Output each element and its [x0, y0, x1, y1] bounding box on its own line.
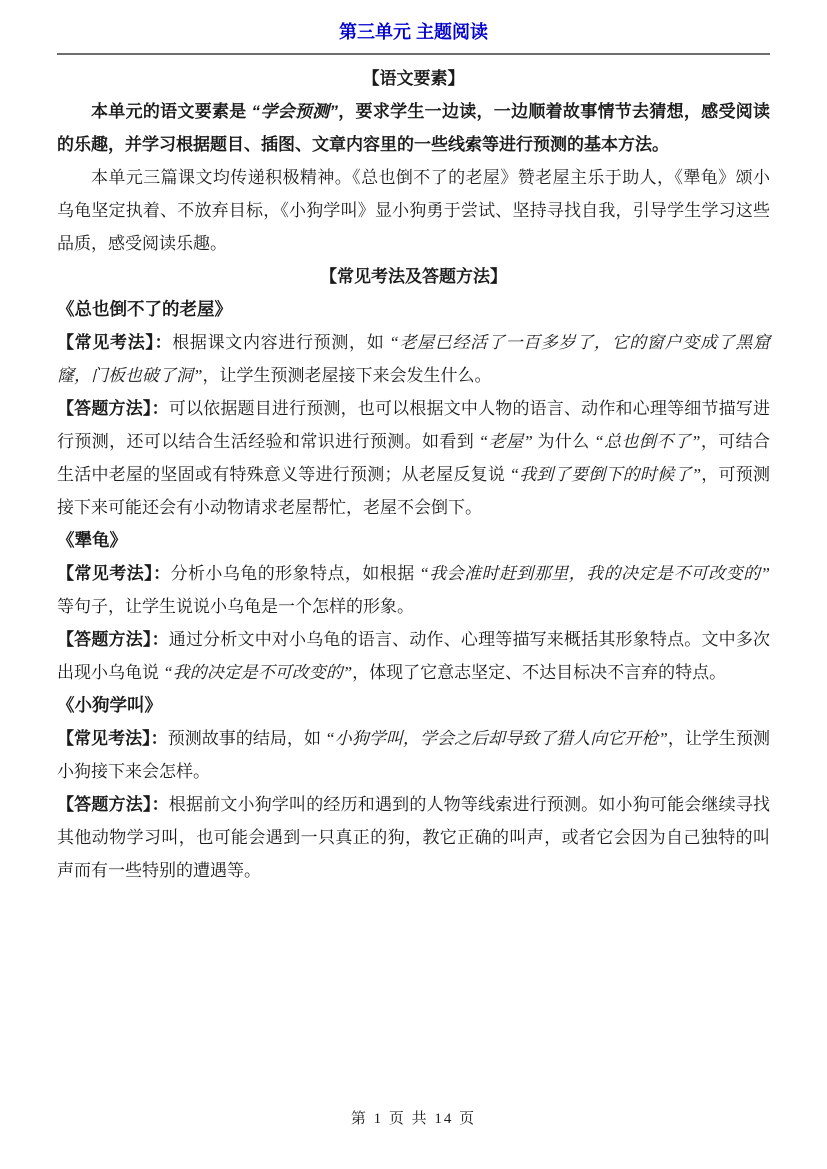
book-title-laowu: 《总也倒不了的老屋》: [57, 293, 770, 326]
dati-quote: “我到了要倒下的时候了”: [510, 465, 701, 484]
kaofa-label: 【常见考法】：: [57, 729, 168, 748]
dati-paragraph-jianggui: 【答题方法】：通过分析文中对小乌龟的语言、动作、心理等描写来概括其形象特点。文中…: [57, 623, 770, 689]
kaofa-seg: 根据课文内容进行预测，如: [172, 333, 389, 352]
kaofa-seg: ，让学生预测老屋接下来会发生什么。: [202, 366, 491, 385]
dati-paragraph-xiaogou: 【答题方法】：根据前文小狗学叫的经历和遇到的人物等线索进行预测。如小狗可能会继续…: [57, 788, 770, 887]
intro-paragraph-bold: 本单元的语文要素是 “学会预测”，要求学生一边读，一边顺着故事情节去猜想，感受阅…: [57, 95, 770, 161]
kaofa-seg: 预测故事的结局，如: [168, 729, 326, 748]
kaofa-label: 【常见考法】：: [57, 564, 171, 583]
dati-label: 【答题方法】：: [57, 630, 169, 649]
dati-quote: “老屋”: [479, 432, 533, 451]
dati-seg: 为什么: [533, 432, 594, 451]
kaofa-seg: 分析小乌龟的形象特点，如根据: [171, 564, 420, 583]
kaofa-paragraph-xiaogou: 【常见考法】：预测故事的结局，如 “小狗学叫，学会之后却导致了猎人向它开枪”，让…: [57, 722, 770, 788]
kaofa-seg: 等句子，让学生说说小乌龟是一个怎样的形象。: [57, 597, 414, 616]
document-title: 第三单元 主题阅读: [57, 0, 770, 45]
kaofa-paragraph-laowu: 【常见考法】：根据课文内容进行预测，如 “老屋已经活了一百多岁了，它的窗户变成了…: [57, 326, 770, 392]
intro-bold-seg-0: 本单元的语文要素是: [91, 102, 252, 121]
intro-paragraph-regular: 本单元三篇课文均传递积极精神。《总也倒不了的老屋》赞老屋主乐于助人，《犟龟》颂小…: [57, 161, 770, 260]
dati-label: 【答题方法】：: [57, 399, 169, 418]
kaofa-paragraph-jianggui: 【常见考法】：分析小乌龟的形象特点，如根据 “我会准时赶到那里，我的决定是不可改…: [57, 557, 770, 623]
book-title-jianggui: 《犟龟》: [57, 524, 770, 557]
intro-bold-quote: “学会预测”: [252, 102, 338, 121]
dati-seg: ，体现了它意志坚定、不达目标决不言弃的特点。: [352, 663, 726, 682]
kaofa-quote: “我会准时赶到那里，我的决定是不可改变的”: [419, 564, 770, 583]
heading-kaofa-dati: 【常见考法及答题方法】: [57, 260, 770, 293]
dati-label: 【答题方法】：: [57, 795, 169, 814]
document-page: 第三单元 主题阅读 【语文要素】 本单元的语文要素是 “学会预测”，要求学生一边…: [0, 0, 827, 1169]
dati-paragraph-laowu: 【答题方法】：可以依据题目进行预测，也可以根据文中人物的语言、动作和心理等细节描…: [57, 392, 770, 524]
kaofa-quote: “小狗学叫，学会之后却导致了猎人向它开枪”: [325, 729, 668, 748]
dati-quote: “总也倒不了”: [594, 432, 700, 451]
heading-yuwen-yaosu: 【语文要素】: [57, 62, 770, 95]
document-content: 第三单元 主题阅读 【语文要素】 本单元的语文要素是 “学会预测”，要求学生一边…: [57, 0, 770, 887]
page-number-footer: 第 1 页 共 14 页: [0, 1108, 827, 1130]
title-divider-rule: [57, 53, 770, 55]
dati-quote: “我的决定是不可改变的”: [163, 663, 352, 682]
kaofa-label: 【常见考法】：: [57, 333, 172, 352]
book-title-xiaogou: 《小狗学叫》: [57, 689, 770, 722]
